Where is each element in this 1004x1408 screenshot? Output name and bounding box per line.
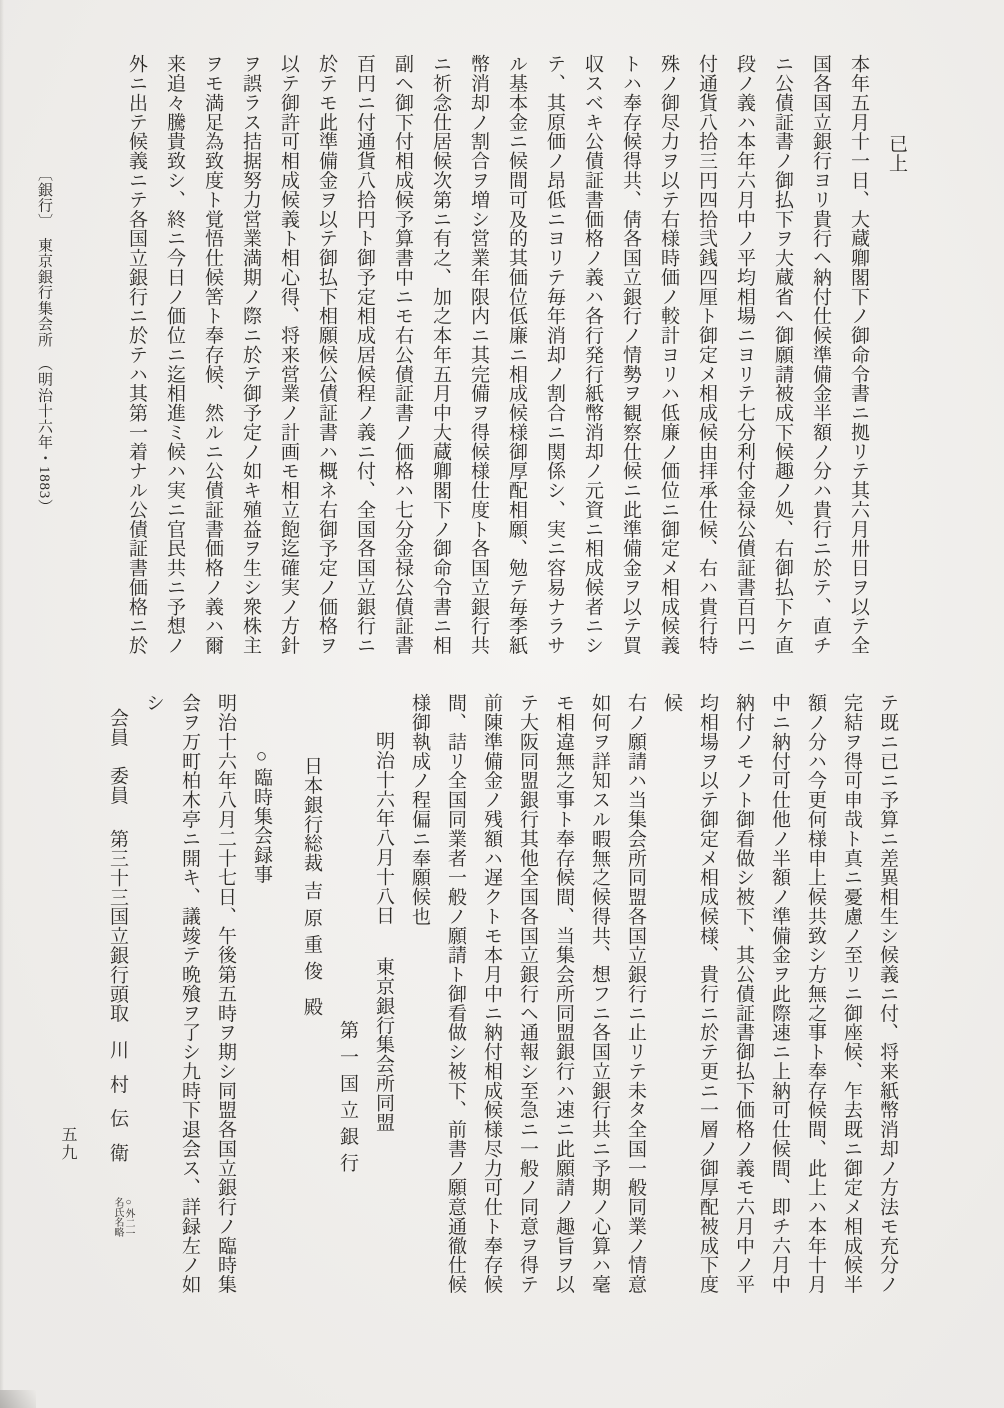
text-column: ニ公債証書ノ御払下ヲ大蔵省ヘ御願請被成下候趣ノ処、右御払下ケ直 xyxy=(763,54,801,672)
inline-small-note: ○外二一名氏名略 xyxy=(112,1182,134,1238)
text-segment: 吉原重俊 xyxy=(301,881,322,987)
text-column: 間、詰リ全国同業者一般ノ願請ト御看做シ被下、前書ノ願意通徹仕候 xyxy=(437,693,473,1329)
text-column: 幣消却ノ割合ヲ増シ営業年限内ニ其完備ヲ得候様仕度ト各国立銀行共 xyxy=(459,54,497,672)
text-column: テ、其原価ノ昂低ニヨリテ毎年消却ノ割合ニ関係シ、実ニ容易ナラサ xyxy=(535,54,573,672)
text-column: 明治十六年八月二十七日、午後第五時ヲ期シ同盟各国立銀行ノ臨時集 xyxy=(207,693,243,1329)
text-column: 会員委員第三十三国立銀行頭取川村伝衛○外二一名氏名略 xyxy=(99,693,135,1329)
text-column: 已上 xyxy=(877,54,915,672)
text-column: 付通貨八拾三円四拾弐銭四厘ト御定メ相成候由拝承仕候、右ハ貴行特 xyxy=(687,54,725,672)
text-column: テ既ニ已ニ予算ニ差異相生シ候義ニ付、将来紙幣消却ノ方法モ充分ノ xyxy=(869,693,905,1329)
text-segment: 会員 xyxy=(107,708,128,747)
text-column: 候 xyxy=(653,693,689,1329)
text-column: 国各国立銀行ヨリ貴行ヘ納付仕候準備金半額ノ分ハ貴行ニ於テ、直チ xyxy=(801,54,839,672)
text-column: 百円ニ付通貨八拾円ト御予定相成居候程ノ義ニ付、全国各国立銀行ニ xyxy=(345,54,383,672)
text-column: ヲ誤ラス拮据努力営業満期ノ際ニ於テ御予定ノ如キ殖益ヲ生シ衆株主 xyxy=(231,54,269,672)
text-column: 収スベキ公債証書価格ノ義ハ各行発行紙幣消却ノ元資ニ相成候者ニシ xyxy=(573,54,611,672)
text-segment: 日本銀行総裁 xyxy=(301,756,322,872)
text-column: 額ノ分ハ今更何様申上候共致シ方無之事ト奉存候間、此上ハ本年十月 xyxy=(797,693,833,1329)
text-segment: 明治十六年八月十八日 xyxy=(373,731,394,925)
margin-category-label: 〔銀行〕 東京銀行集会所 （明治十六年・1883） xyxy=(34,166,55,586)
text-column: 殊ノ御尽力ヲ以テ右様時価ノ較計ヨリハ低廉ノ価位ニ御定メ相成候義 xyxy=(649,54,687,672)
text-column: 右ノ願請ハ当集会所同盟各国立銀行ニ止リテ未タ全国一般同業ノ情意 xyxy=(617,693,653,1329)
text-segment: 殿 xyxy=(301,997,322,1016)
page-number: 五九 xyxy=(56,1126,79,1162)
lower-text-block: テ既ニ已ニ予算ニ差異相生シ候義ニ付、将来紙幣消却ノ方法モ充分ノ完結ヲ得可申哉ト真… xyxy=(99,693,905,1329)
text-column: 段ノ義ハ本年六月中ノ平均相場ニヨリテ七分利付金禄公債証書百円ニ xyxy=(725,54,763,672)
text-column: 来追々騰貴致シ、終ニ今日ノ価位ニ迄相進ミ候ハ実ニ官民共ニ予想ノ xyxy=(155,54,193,672)
text-column: モ相違無之事ト奉存候間、当集会所同盟銀行ハ速ニ此願請ノ趣旨ヲ以 xyxy=(545,693,581,1329)
text-column: 会ヲ万町柏木亭ニ開キ、議竣テ晩飱ヲ了シ九時下退会ス、詳録左ノ如 xyxy=(171,693,207,1329)
scan-corner-shadow xyxy=(0,1390,36,1408)
text-column: ○臨時集会録事 xyxy=(243,693,279,1329)
text-column: 明治十六年八月十八日東京銀行集会所同盟 xyxy=(365,693,401,1329)
text-column: 均相場ヲ以テ御定メ相成候様、貴行ニ於テ更ニ一層ノ御厚配被成下度 xyxy=(689,693,725,1329)
text-column: トハ奉存候得共、倩各国立銀行ノ情勢ヲ観察仕候ニ此準備金ヲ以テ買 xyxy=(611,54,649,672)
scanned-document-page: 已上本年五月十一日、大蔵卿閣下ノ御命令書ニ拠リテ其六月卅日ヲ以テ全国各国立銀行ヨ… xyxy=(0,0,1004,1408)
text-column: 様御執成ノ程偏ニ奉願候也 xyxy=(401,693,437,1329)
text-column: 日本銀行総裁吉原重俊殿 xyxy=(293,693,329,1329)
text-column: 本年五月十一日、大蔵卿閣下ノ御命令書ニ拠リテ其六月卅日ヲ以テ全 xyxy=(839,54,877,672)
text-column: ニ祈念仕居候次第ニ有之、加之本年五月中大蔵卿閣下ノ御命令書ニ相 xyxy=(421,54,459,672)
text-segment: 第三十三国立銀行頭取 xyxy=(107,829,128,1023)
text-column: 以テ御許可相成候義ト相心得、将来営業ノ計画モ相立飽迄確実ノ方針 xyxy=(269,54,307,672)
text-column: 第一国立銀行 xyxy=(329,693,365,1329)
text-segment: 川村伝衛 xyxy=(107,1040,128,1177)
text-column: シ xyxy=(135,693,171,1329)
text-column: 前陳準備金ノ残額ハ遅クトモ本月中ニ納付相成候様尽力可仕ト奉存候 xyxy=(473,693,509,1329)
text-column: ル基本金ニ候間可及的其価位低廉ニ相成候様御厚配相願、勉テ毎季紙 xyxy=(497,54,535,672)
text-column: 副ヘ御下付相成候予算書中ニモ右公債証書ノ価格ハ七分金禄公債証書 xyxy=(383,54,421,672)
text-column: 外ニ出テ候義ニテ各国立銀行ニ於テハ其第一着ナル公債証書価格ニ於 xyxy=(117,54,155,672)
text-segment: 東京銀行集会所同盟 xyxy=(373,957,394,1131)
text-column: 於テモ此準備金ヲ以テ御払下相願候公債証書ハ概ネ右御予定ノ価格ヲ xyxy=(307,54,345,672)
text-segment: 委員 xyxy=(107,766,128,805)
text-column: 中ニ納付可仕他ノ半額ノ準備金ヲ此際速ニ上納可仕候間、即チ六月中 xyxy=(761,693,797,1329)
text-column: 完結ヲ得可申哉ト真ニ憂慮ノ至リニ御座候、乍去既ニ御定メ相成候半 xyxy=(833,693,869,1329)
text-column: 如何ヲ詳知スル暇無之候得共、想フニ各国立銀行共ニ予期ノ心算ハ毫 xyxy=(581,693,617,1329)
text-column: テ大阪同盟銀行其他全国各国立銀行ヘ通報シ至急ニ一般ノ同意ヲ得テ xyxy=(509,693,545,1329)
upper-text-block: 已上本年五月十一日、大蔵卿閣下ノ御命令書ニ拠リテ其六月卅日ヲ以テ全国各国立銀行ヨ… xyxy=(117,54,915,672)
scan-edge-shading xyxy=(0,0,4,1408)
text-column: 納付ノモノト御看做シ被下、其公債証書御払下価格ノ義モ六月中ノ平 xyxy=(725,693,761,1329)
text-column: ヲモ満足為致度ト覚悟仕候筈ト奉存候、然ルニ公債証書価格ノ義ハ爾 xyxy=(193,54,231,672)
text-segment: 第一国立銀行 xyxy=(337,1020,358,1180)
